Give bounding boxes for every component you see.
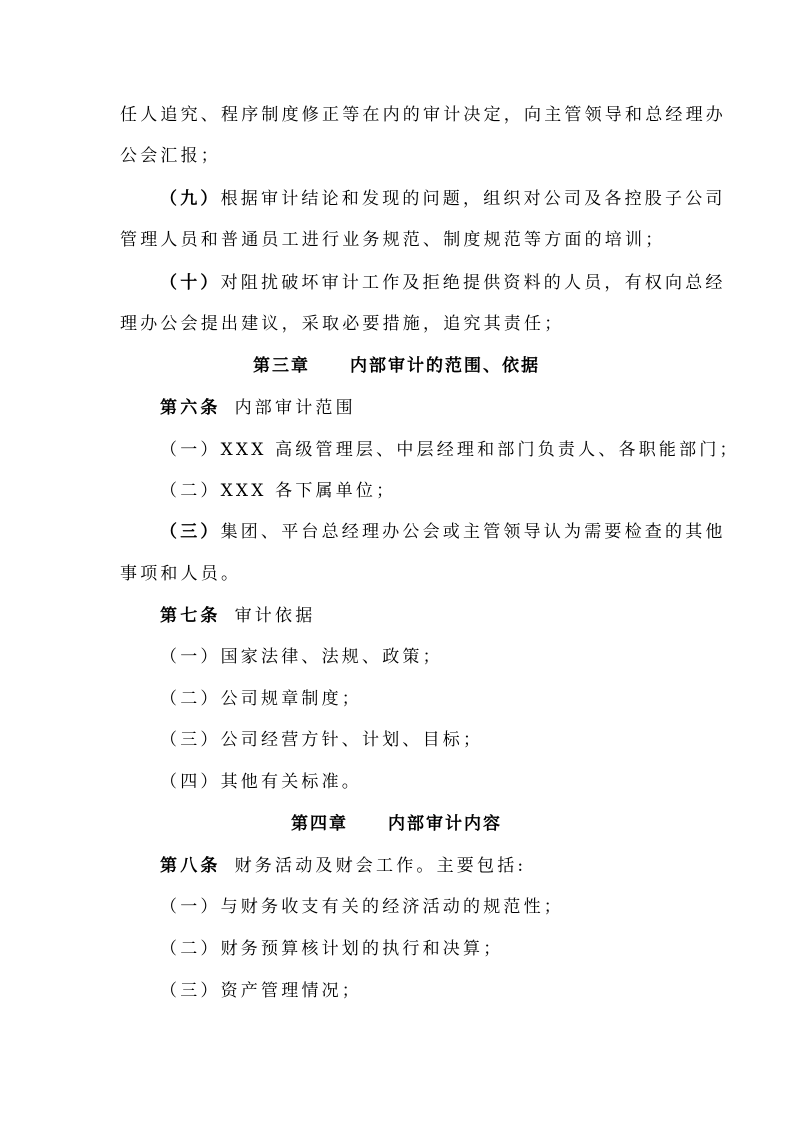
article-title: 财务活动及财会工作。主要包括: [235, 856, 527, 876]
list-item: （二）XXX 各下属单位； [160, 480, 675, 502]
list-item: （二）公司规章制度； [160, 688, 675, 710]
item-label: （三） [160, 730, 221, 750]
item-text: 其他有关标准。 [221, 772, 362, 792]
paragraph-line: 任人追究、程序制度修正等在内的审计决定，向主管领导和总经理办 [120, 104, 675, 126]
item-label: （一） [160, 647, 221, 667]
item-text: XXX 高级管理层、中层经理和部门负责人、各职能部门； [221, 440, 740, 460]
article-label: 第六条 [160, 398, 221, 418]
item-text: 与财务收支有关的经济活动的规范性； [221, 897, 564, 917]
chapter-heading-3: 第三章内部审计的范围、依据 [0, 355, 793, 377]
list-item: （三）公司经营方针、计划、目标； [160, 729, 675, 751]
article-heading-6: 第六条内部审计范围 [160, 397, 675, 419]
item-text: 公司规章制度； [221, 689, 362, 709]
paragraph-line: 理办公会提出建议，采取必要措施，追究其责任； [120, 313, 675, 335]
list-item-10: （十）对阻扰破坏审计工作及拒绝提供资料的人员，有权向总经 [160, 272, 675, 294]
chapter-heading-4: 第四章内部审计内容 [0, 813, 793, 835]
item-text: 资产管理情况； [221, 981, 362, 1001]
item-text: 公司经营方针、计划、目标； [221, 730, 484, 750]
article-heading-7: 第七条审计依据 [160, 605, 675, 627]
item-label: （三） [160, 981, 221, 1001]
paragraph-text: 事项和人员。 [120, 564, 241, 584]
paragraph-text: 公会汇报； [120, 146, 221, 166]
item-label: （二） [160, 689, 221, 709]
list-item: （一）XXX 高级管理层、中层经理和部门负责人、各职能部门； [160, 439, 675, 461]
article-title: 内部审计范围 [235, 398, 356, 418]
paragraph-text: 任人追究、程序制度修正等在内的审计决定，向主管领导和总经理办 [120, 105, 726, 125]
item-label: （二） [160, 939, 221, 959]
chapter-number: 第四章 [291, 814, 348, 834]
paragraph-text: 理办公会提出建议，采取必要措施，追究其责任； [120, 314, 564, 334]
article-label: 第七条 [160, 606, 221, 626]
item-text: 对阻扰破坏审计工作及拒绝提供资料的人员，有权向总经 [221, 273, 726, 293]
list-item: （一）国家法律、法规、政策； [160, 646, 675, 668]
list-item: （三）资产管理情况； [160, 980, 675, 1002]
item-label: （二） [160, 481, 221, 501]
item-label: （四） [160, 772, 221, 792]
item-label: （一） [160, 440, 221, 460]
paragraph-text: 管理人员和普通员工进行业务规范、制度规范等方面的培训； [120, 230, 665, 250]
article-title: 审计依据 [235, 606, 316, 626]
list-item: （一）与财务收支有关的经济活动的规范性； [160, 896, 675, 918]
item-label: （三） [160, 522, 221, 542]
item-text: 国家法律、法规、政策； [221, 647, 443, 667]
item-text: 财务预算核计划的执行和决算； [221, 939, 504, 959]
article-label: 第八条 [160, 856, 221, 876]
chapter-number: 第三章 [253, 356, 310, 376]
document-page: 任人追究、程序制度修正等在内的审计决定，向主管领导和总经理办 公会汇报； （九）… [0, 0, 793, 1122]
paragraph-line: 事项和人员。 [120, 563, 675, 585]
item-text: 集团、平台总经理办公会或主管领导认为需要检查的其他 [221, 522, 726, 542]
paragraph-line: 公会汇报； [120, 145, 675, 167]
list-item: （三）集团、平台总经理办公会或主管领导认为需要检查的其他 [160, 521, 675, 543]
item-label: （九） [160, 189, 221, 209]
item-label: （十） [160, 273, 221, 293]
chapter-title: 内部审计的范围、依据 [350, 356, 540, 376]
chapter-title: 内部审计内容 [388, 814, 502, 834]
paragraph-line: 管理人员和普通员工进行业务规范、制度规范等方面的培训； [120, 229, 675, 251]
item-text: XXX 各下属单位； [221, 481, 397, 501]
list-item: （二）财务预算核计划的执行和决算； [160, 938, 675, 960]
list-item-9: （九）根据审计结论和发现的问题，组织对公司及各控股子公司 [160, 188, 675, 210]
item-label: （一） [160, 897, 221, 917]
item-text: 根据审计结论和发现的问题，组织对公司及各控股子公司 [221, 189, 726, 209]
article-heading-8: 第八条财务活动及财会工作。主要包括: [160, 855, 675, 877]
list-item: （四）其他有关标准。 [160, 771, 675, 793]
